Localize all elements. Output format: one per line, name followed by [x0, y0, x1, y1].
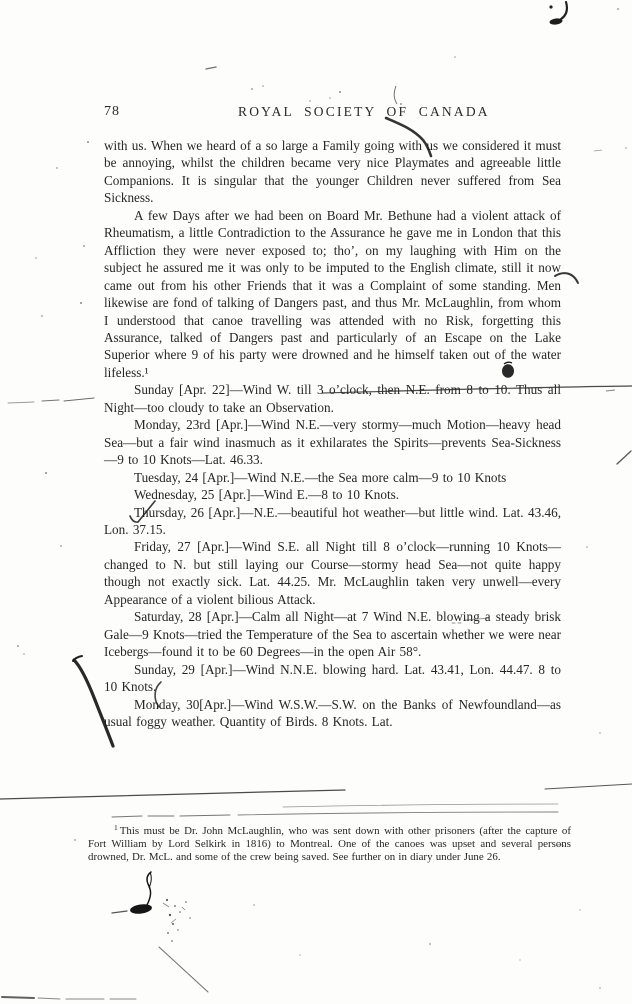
diagonal-scratch-bottom — [2, 947, 208, 999]
footnote-paragraph: 1This must be Dr. John McLaughlin, who w… — [88, 822, 571, 864]
paragraph: Monday, 30[Apr.]—Wind W.S.W.—S.W. on the… — [104, 696, 561, 731]
paragraph: Sunday, 29 [Apr.]—Wind N.N.E. blowing ha… — [104, 661, 561, 696]
footnote-text: This must be Dr. John McLaughlin, who wa… — [88, 825, 571, 863]
running-header: 78 ROYAL SOCIETY OF CANADA — [104, 104, 572, 124]
ink-blob-bottom-left — [112, 872, 191, 942]
pen-slash-after-spirits — [617, 451, 631, 464]
scanned-book-page: 78 ROYAL SOCIETY OF CANADA with us. When… — [0, 0, 632, 1004]
margin-dashes-left — [8, 398, 94, 403]
pen-strikethrough-bottom — [0, 784, 632, 807]
paragraph: Thursday, 26 [Apr.]—N.E.—beautiful hot w… — [104, 504, 561, 539]
paragraph: Friday, 27 [Apr.]—Wind S.E. all Night ti… — [104, 538, 561, 608]
running-title: ROYAL SOCIETY OF CANADA — [238, 104, 490, 120]
body-text: with us. When we heard of a so large a F… — [104, 137, 561, 730]
paragraph: Tuesday, 24 [Apr.]—Wind N.E.—the Sea mor… — [104, 469, 561, 486]
paragraph: Wednesday, 25 [Apr.]—Wind E.—8 to 10 Kno… — [104, 486, 561, 503]
footnote-separator-line — [112, 812, 558, 817]
paragraph: with us. When we heard of a so large a F… — [104, 137, 561, 207]
paragraph: Sunday [Apr. 22]—Wind W. till 3 o’clock,… — [104, 381, 561, 416]
pencil-squiggle-top-right — [549, 2, 567, 25]
page-number: 78 — [104, 104, 120, 120]
paragraph: Saturday, 28 [Apr.]—Calm all Night—at 7 … — [104, 608, 561, 660]
footnote: 1This must be Dr. John McLaughlin, who w… — [88, 822, 571, 864]
footnote-marker: 1 — [114, 823, 118, 832]
paragraph: Monday, 23rd [Apr.]—Wind N.E.—very storm… — [104, 416, 561, 468]
paragraph: A few Days after we had been on Board Mr… — [104, 207, 561, 382]
